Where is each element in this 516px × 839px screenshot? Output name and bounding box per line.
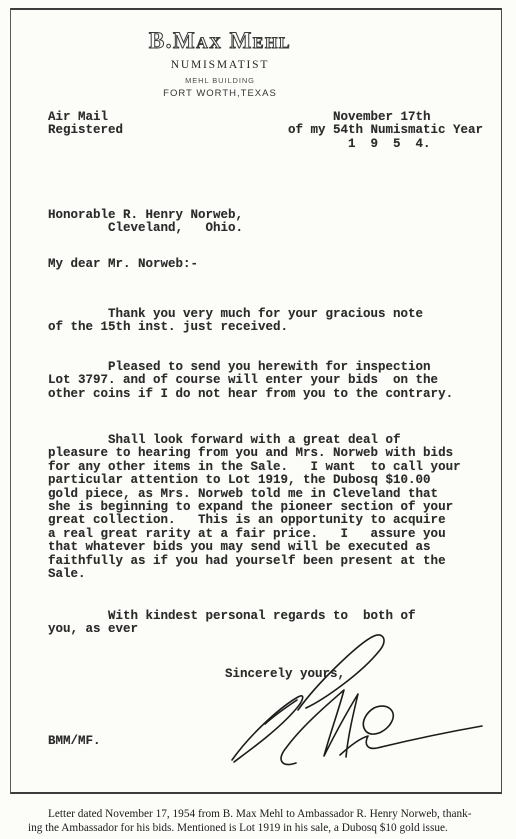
signature xyxy=(222,618,490,770)
paragraph-lot-3797: Pleased to send you herewith for inspect… xyxy=(48,361,453,401)
recipient-address: Honorable R. Henry Norweb, Cleveland, Oh… xyxy=(48,209,243,236)
typist-initials: BMM/MF. xyxy=(48,735,101,748)
letterhead-building: MEHL BUILDING xyxy=(70,76,370,85)
caption: Letter dated November 17, 1954 from B. M… xyxy=(28,808,498,835)
letterhead-logo: B.Max Mehl xyxy=(125,27,315,54)
letterhead-name: B.Max Mehl xyxy=(149,28,291,53)
paragraph-thanks: Thank you very much for your gracious no… xyxy=(48,308,423,335)
salutation: My dear Mr. Norweb:- xyxy=(48,258,198,271)
letterhead: B.Max Mehl NUMISMATIST MEHL BUILDING FOR… xyxy=(70,27,370,99)
paragraph-lot-1919: Shall look forward with a great deal ofp… xyxy=(48,434,461,581)
mail-labels: Air MailRegistered xyxy=(48,111,123,138)
date-block: November 17thof my 54th Numismatic Year … xyxy=(288,111,483,151)
letterhead-title: NUMISMATIST xyxy=(70,59,370,71)
letterhead-city: FORT WORTH,TEXAS xyxy=(70,88,370,99)
scanned-letter-page: B.Max Mehl NUMISMATIST MEHL BUILDING FOR… xyxy=(0,0,516,839)
